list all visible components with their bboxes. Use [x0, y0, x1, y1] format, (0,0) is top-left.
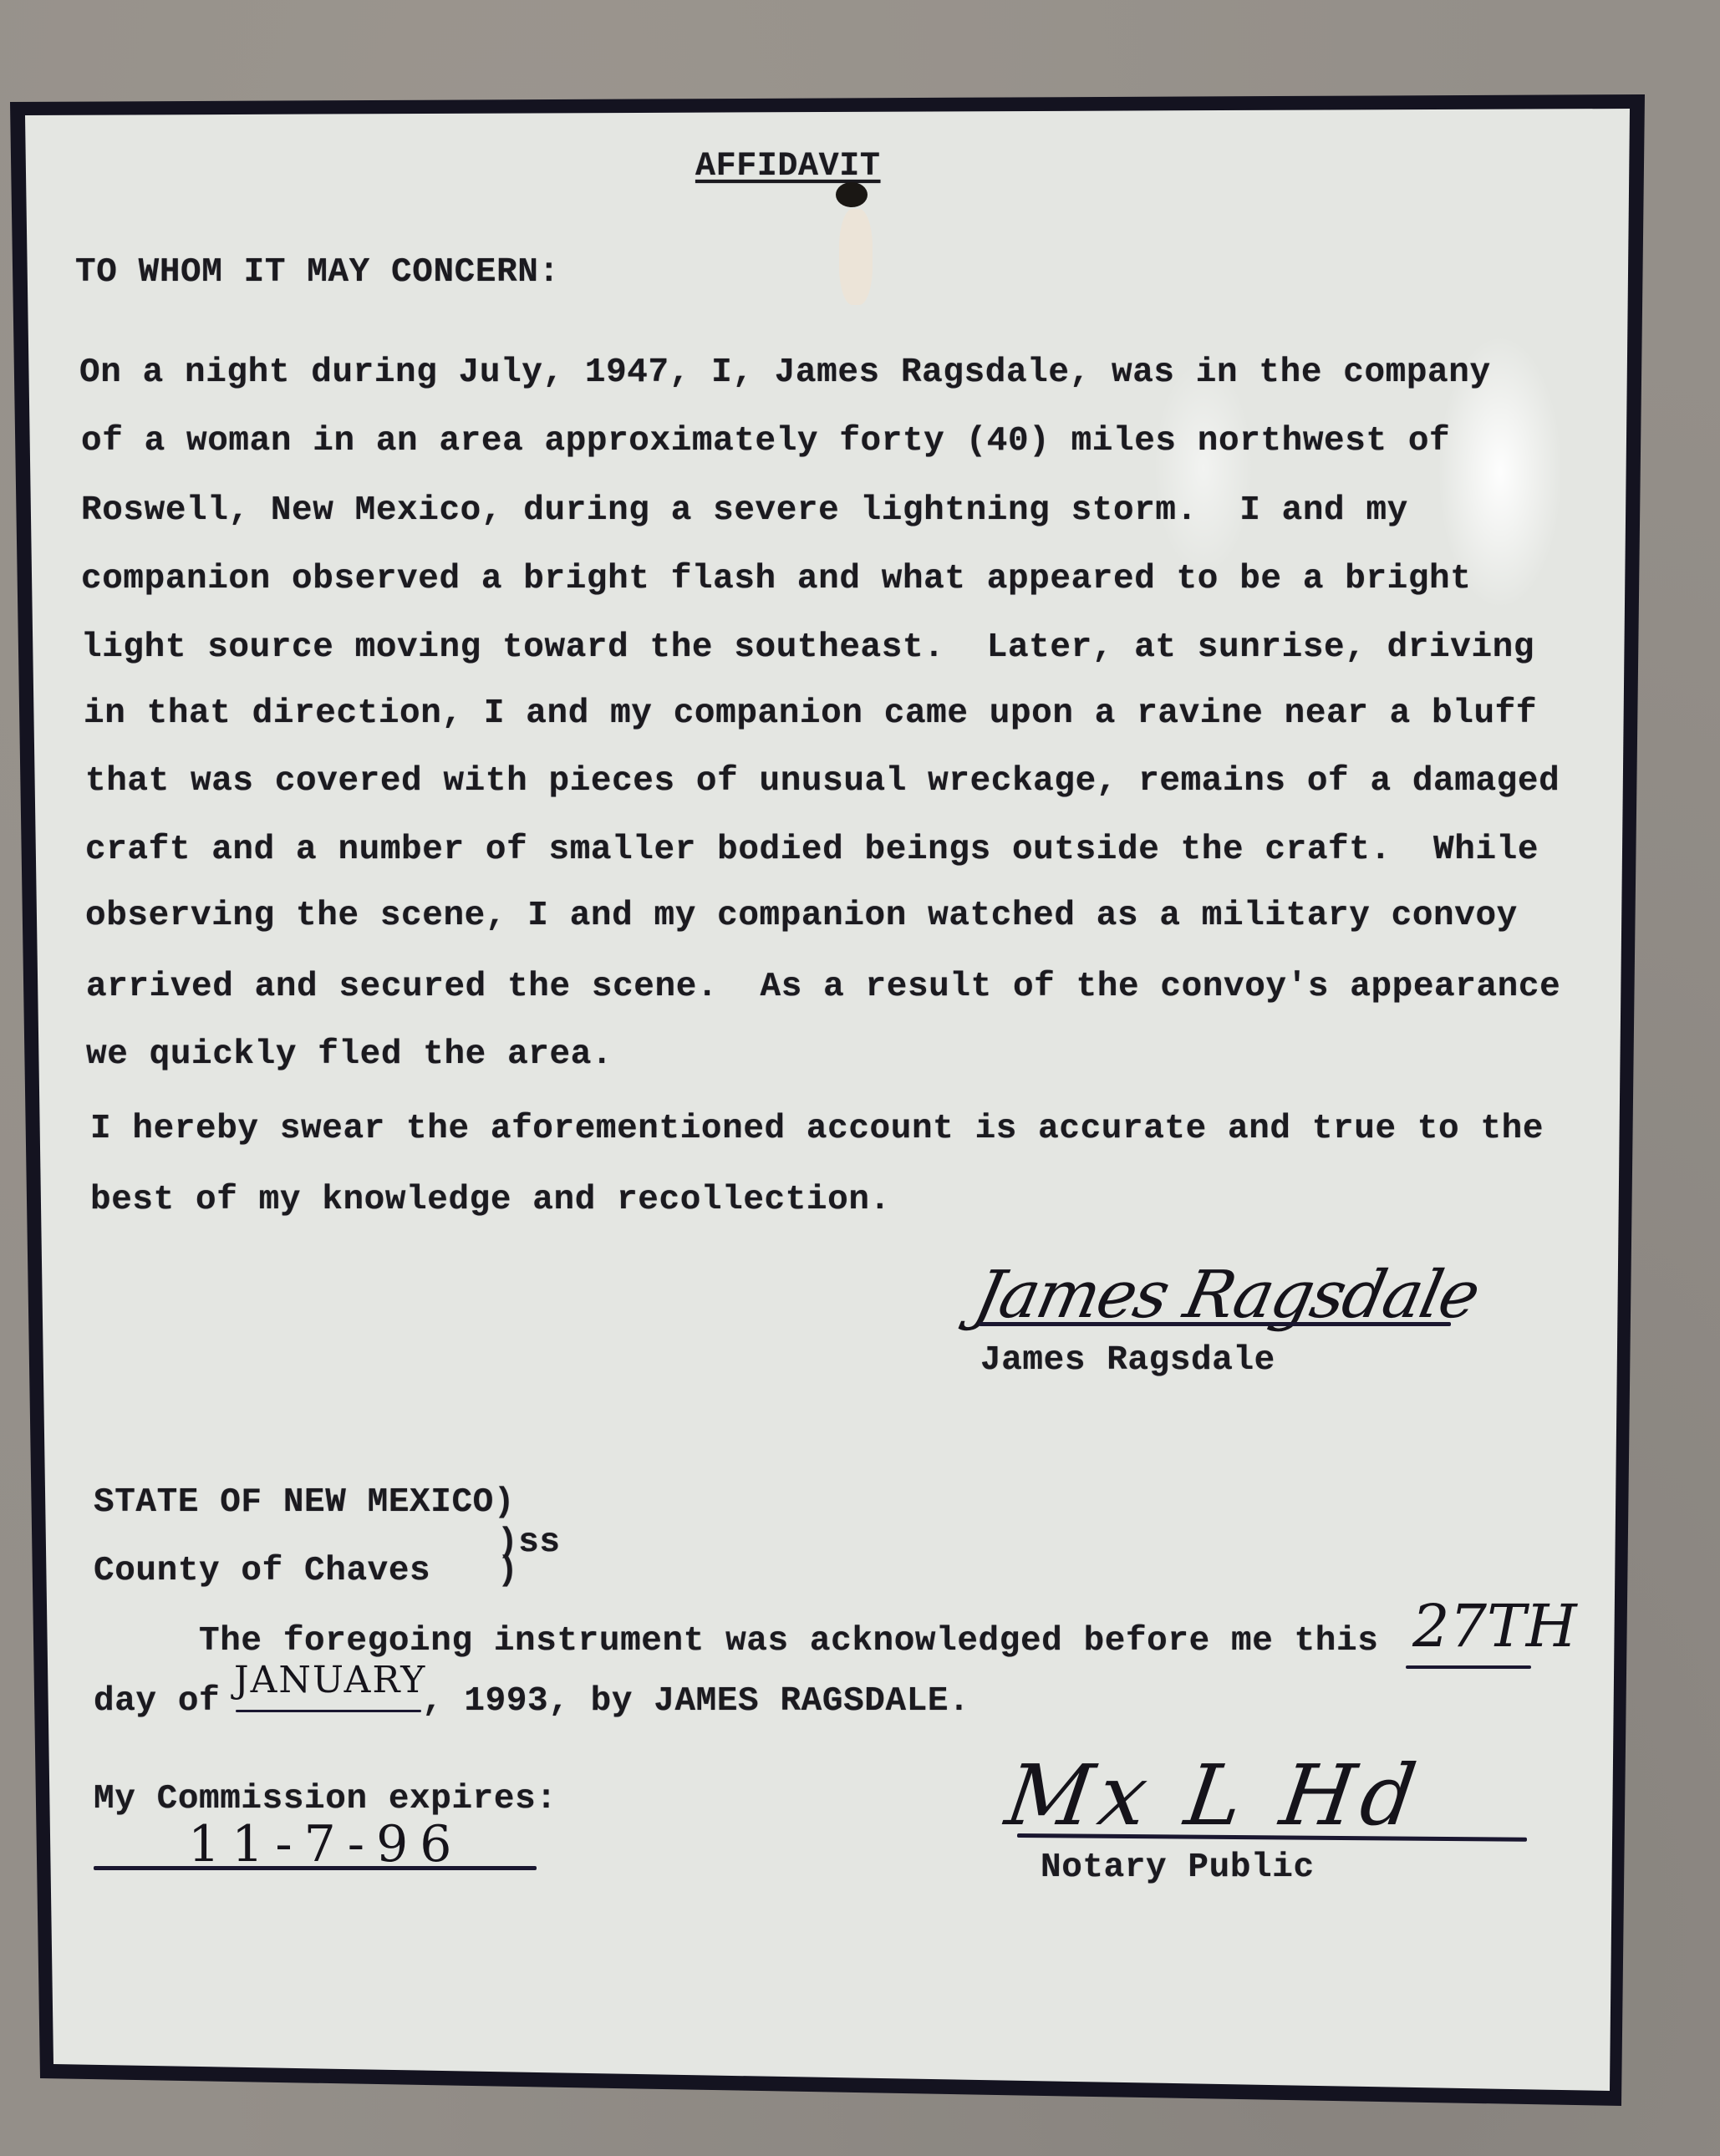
notary-label: Notary Public — [1041, 1851, 1315, 1885]
glare-reflection — [1153, 359, 1254, 577]
notary-signature: Mx L Hd — [1000, 1747, 1428, 1844]
affidavit-document: AFFIDAVIT TO WHOM IT MAY CONCERN: On a n… — [0, 0, 1720, 2156]
body-line: light source moving toward the southeast… — [81, 631, 1534, 665]
acknowledgment-day-of: day of — [94, 1685, 220, 1719]
body-line: of a woman in an area approximately fort… — [81, 425, 1450, 459]
handwritten-month: JANUARY — [234, 1659, 426, 1701]
body-line: observing the scene, I and my companion … — [85, 899, 1518, 933]
venue-state: STATE OF NEW MEXICO) — [94, 1486, 515, 1520]
oath-line: best of my knowledge and recollection. — [90, 1183, 891, 1218]
signature-line — [979, 1322, 1451, 1326]
body-line: On a night during July, 1947, I, James R… — [79, 356, 1491, 390]
affiant-name: James Ragsdale — [980, 1344, 1275, 1378]
body-line: that was covered with pieces of unusual … — [85, 765, 1560, 799]
venue-county: County of Chaves — [94, 1554, 430, 1589]
document-title: AFFIDAVIT — [695, 150, 880, 184]
commission-line — [94, 1866, 537, 1870]
body-line: we quickly fled the area. — [86, 1038, 613, 1072]
commission-date: 11-7-96 — [188, 1815, 463, 1874]
day-blank-line — [1406, 1665, 1531, 1669]
acknowledgment-line-1: The foregoing instrument was acknowledge… — [199, 1625, 1378, 1659]
body-line: companion observed a bright flash and wh… — [81, 562, 1471, 597]
paper-tear — [839, 209, 873, 305]
commission-label: My Commission expires: — [94, 1782, 557, 1817]
body-line: arrived and secured the scene. As a resu… — [86, 970, 1560, 1004]
handwritten-day: 27TH — [1412, 1592, 1577, 1660]
acknowledgment-suffix: , 1993, by JAMES RAGSDALE. — [422, 1685, 969, 1719]
body-line: in that direction, I and my companion ca… — [84, 697, 1537, 731]
oath-line: I hereby swear the aforementioned accoun… — [90, 1112, 1544, 1147]
body-line: Roswell, New Mexico, during a severe lig… — [81, 494, 1408, 528]
month-blank-line — [236, 1710, 421, 1712]
body-line: craft and a number of smaller bodied bei… — [85, 833, 1539, 867]
paper-hole — [836, 182, 868, 207]
salutation: TO WHOM IT MAY CONCERN: — [75, 256, 560, 290]
venue-paren: ) — [497, 1554, 518, 1589]
